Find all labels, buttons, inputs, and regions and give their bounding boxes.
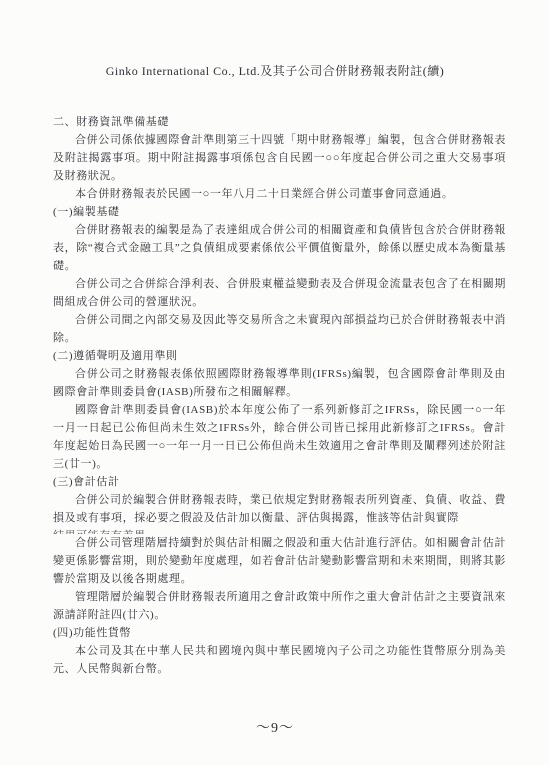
document-paragraph: 合併公司係依據國際會計準則第三十四號「期中財務報導」編製，包含合併財務報表及附註… (53, 131, 506, 185)
document-paragraph: 合併公司管理階層持續對於與估計相關之假設和重大估計進行評估。如相關會計估計變更係… (53, 534, 506, 588)
scanned-document-page: Ginko International Co., Ltd.及其子公司合併財務報表… (0, 0, 550, 765)
report-title: Ginko International Co., Ltd.及其子公司合併財務報表… (0, 62, 550, 79)
document-paragraph: 合併公司之合併綜合淨利表、合併股東權益變動表及合併現金流量表包含了在相關期間組成… (53, 275, 506, 311)
document-paragraph: 合併公司間之內部交易及因此等交易所含之未實現內部損益均已於合併財務報表中消除。 (53, 311, 506, 347)
document-paragraph: 合併公司之財務報表係依照國際財務報導準則(IFRSs)編製，包含國際會計準則及由… (53, 365, 506, 401)
document-paragraph: 本公司及其在中華人民共和國境內與中華民國境內子公司之功能性貨幣原分別為美元、人民… (53, 642, 506, 678)
subsection-heading-1: (一)編製基礎 (53, 203, 506, 221)
section-heading: 二、財務資訊準備基礎 (53, 113, 506, 131)
subsection-heading-4: (四)功能性貨幣 (53, 624, 506, 642)
subsection-heading-2: (二)遵循聲明及適用準則 (53, 347, 506, 365)
page-number: ～9～ (0, 717, 550, 737)
subsection-heading-3: (三)會計估計 (53, 473, 506, 491)
document-paragraph: 本合併財務報表於民國一○一年八月二十日業經合併公司董事會同意通過。 (53, 185, 506, 203)
document-paragraph: 管理階層於編製合併財務報表所適用之會計政策中所作之重大會計估計之主要資訊來源請詳… (53, 588, 506, 624)
notes-body: 二、財務資訊準備基礎合併公司係依據國際會計準則第三十四號「期中財務報導」編製，包… (53, 113, 506, 678)
document-paragraph-clipped: 結果可能存有差異。 (53, 527, 506, 534)
document-paragraph: 合併財務報表的編製是為了表達組成合併公司的相關資產和負債皆包含於合併財務報表，除… (53, 221, 506, 275)
document-paragraph: 合併公司於編製合併財務報表時，業已依規定對財務報表所列資產、負債、收益、費損及或… (53, 491, 506, 527)
document-paragraph: 國際會計準則委員會(IASB)於本年度公佈了一系列新修訂之IFRSs，除民國一○… (53, 401, 506, 473)
